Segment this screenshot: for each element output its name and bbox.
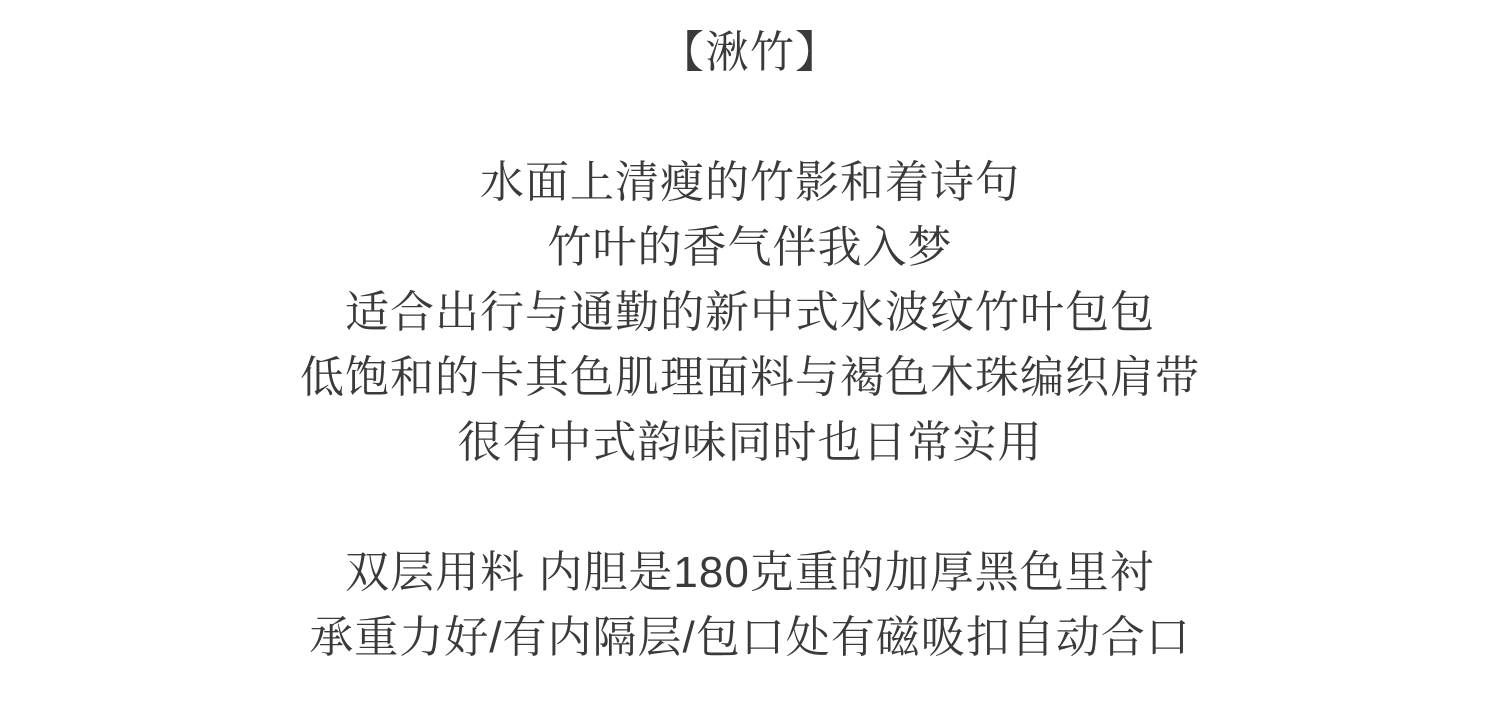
intro-line: 低饱和的卡其色肌理面料与褐色木珠编织肩带 xyxy=(0,345,1500,410)
spec-line: 承重力好/有内隔层/包口处有磁吸扣自动合口 xyxy=(0,605,1500,670)
intro-line: 竹叶的香气伴我入梦 xyxy=(0,215,1500,280)
intro-line: 很有中式韵味同时也日常实用 xyxy=(0,410,1500,475)
product-description-image: 【湫竹】 水面上清瘦的竹影和着诗句 竹叶的香气伴我入梦 适合出行与通勤的新中式水… xyxy=(0,0,1500,701)
spec-line: 双层用料 内胆是180克重的加厚黑色里衬 xyxy=(0,540,1500,605)
product-title: 【湫竹】 xyxy=(0,20,1500,85)
product-description-text: 【湫竹】 水面上清瘦的竹影和着诗句 竹叶的香气伴我入梦 适合出行与通勤的新中式水… xyxy=(0,0,1500,670)
spec-paragraph: 双层用料 内胆是180克重的加厚黑色里衬 承重力好/有内隔层/包口处有磁吸扣自动… xyxy=(0,540,1500,670)
intro-line: 适合出行与通勤的新中式水波纹竹叶包包 xyxy=(0,280,1500,345)
intro-paragraph: 水面上清瘦的竹影和着诗句 竹叶的香气伴我入梦 适合出行与通勤的新中式水波纹竹叶包… xyxy=(0,150,1500,475)
intro-line: 水面上清瘦的竹影和着诗句 xyxy=(0,150,1500,215)
